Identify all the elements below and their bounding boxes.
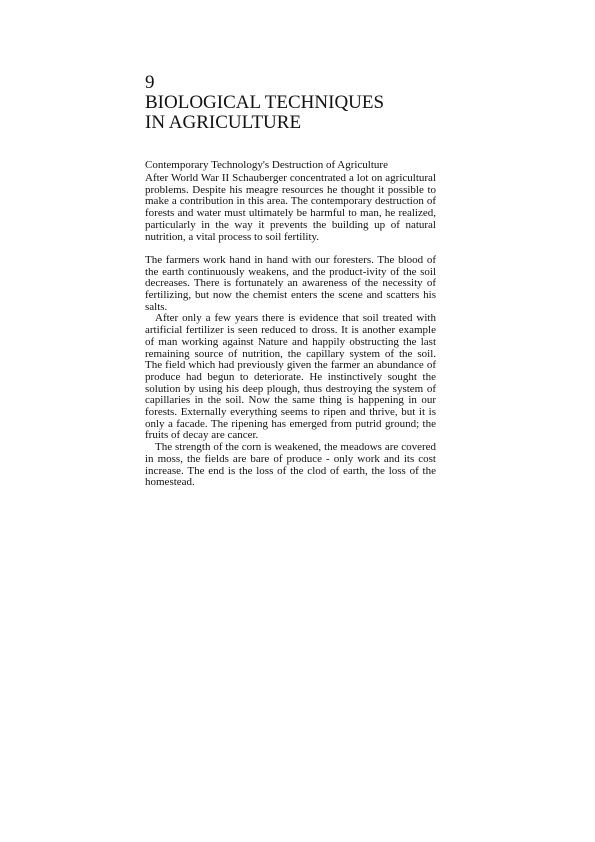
paragraph-3: After only a few years there is evidence…: [145, 313, 436, 442]
paragraph-4: The strength of the corn is weakened, th…: [145, 442, 436, 489]
section-title: Contemporary Technology's Destruction of…: [145, 159, 436, 171]
document-page: 9 BIOLOGICAL TECHNIQUES IN AGRICULTURE C…: [145, 73, 436, 489]
paragraph-2: The farmers work hand in hand with our f…: [145, 255, 436, 314]
chapter-title: BIOLOGICAL TECHNIQUES IN AGRICULTURE: [145, 93, 436, 133]
paragraph-1: After World War II Schauberger concentra…: [145, 173, 436, 243]
chapter-number: 9: [145, 73, 436, 93]
chapter-title-line-1: BIOLOGICAL TECHNIQUES: [145, 92, 384, 113]
chapter-title-line-2: IN AGRICULTURE: [145, 112, 301, 133]
